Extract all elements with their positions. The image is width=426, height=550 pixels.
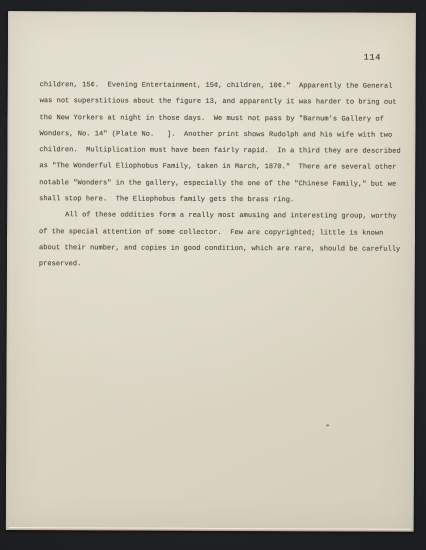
text-line: the New Yorkers at night in those days. … bbox=[39, 110, 400, 128]
page-text: children, 15¢. Evening Entertainment, 15… bbox=[39, 77, 401, 274]
text-line: Wonders, No. 14" (Plate No. ]. Another p… bbox=[39, 126, 400, 144]
paragraph-continuation: children, 15¢. Evening Entertainment, 15… bbox=[39, 77, 401, 209]
paragraph: All of these oddities form a really most… bbox=[39, 208, 401, 275]
page-number: 114 bbox=[364, 53, 381, 63]
text-line: preserved. bbox=[39, 256, 400, 274]
text-line: children, 15¢. Evening Entertainment, 15… bbox=[40, 77, 401, 95]
scan-background: 114 children, 15¢. Evening Entertainment… bbox=[0, 0, 426, 550]
document-page: 114 children, 15¢. Evening Entertainment… bbox=[6, 11, 416, 532]
text-line: of the special attention of some collect… bbox=[39, 224, 400, 242]
text-line: shall stop here. The Eliophobus family g… bbox=[39, 191, 400, 209]
text-line: as "The Wonderful Eliophobus Family, tak… bbox=[39, 159, 400, 177]
text-line: notable "Wonders" in the gallery, especi… bbox=[39, 175, 400, 193]
text-line: was not superstitious about the figure 1… bbox=[40, 93, 401, 111]
text-line: about their number, and copies in good c… bbox=[39, 240, 400, 258]
text-line: children. Multiplication must have been … bbox=[39, 142, 400, 160]
paper-speck bbox=[326, 424, 329, 426]
text-line: All of these oddities form a really most… bbox=[39, 208, 400, 226]
